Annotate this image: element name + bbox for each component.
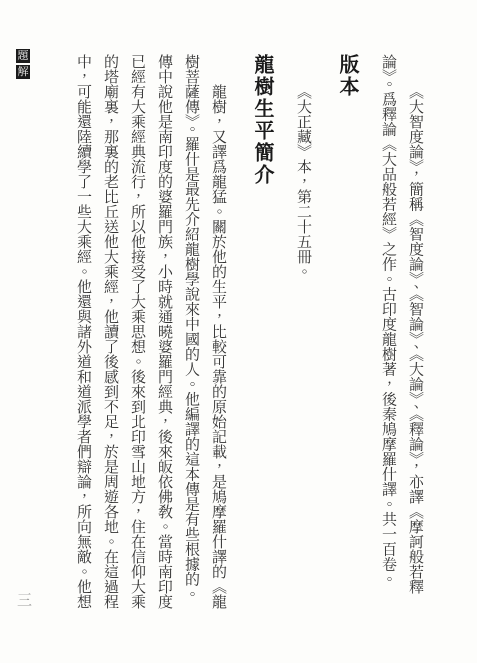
page-content: 《大智度論》，簡稱《智度論》、《智論》、《大論》、《釋論》，亦譯《摩訶般若釋論》…: [69, 54, 428, 616]
page-number: 三: [17, 589, 32, 610]
edition-paragraph: 《大正藏》本，第二十五冊。: [289, 54, 316, 616]
margin-section-label: 題 解: [16, 49, 30, 79]
biography-section-heading: 龍樹生平簡介: [247, 54, 277, 616]
entry-bibliographic-paragraph: 《大智度論》，簡稱《智度論》、《智論》、《大論》、《釋論》，亦譯《摩訶般若釋論》…: [374, 54, 428, 616]
biography-paragraph: 龍樹，又譯爲龍猛。關於他的生平，比較可靠的原始記載，是鳩摩羅什譯的《龍樹菩薩傳》…: [69, 54, 231, 616]
margin-label-char-1: 題: [16, 49, 30, 63]
book-page: 題 解 三 《大智度論》，簡稱《智度論》、《智論》、《大論》、《釋論》，亦譯《摩…: [0, 0, 477, 663]
margin-label-char-2: 解: [16, 65, 30, 79]
edition-section-heading: 版本: [332, 54, 362, 616]
